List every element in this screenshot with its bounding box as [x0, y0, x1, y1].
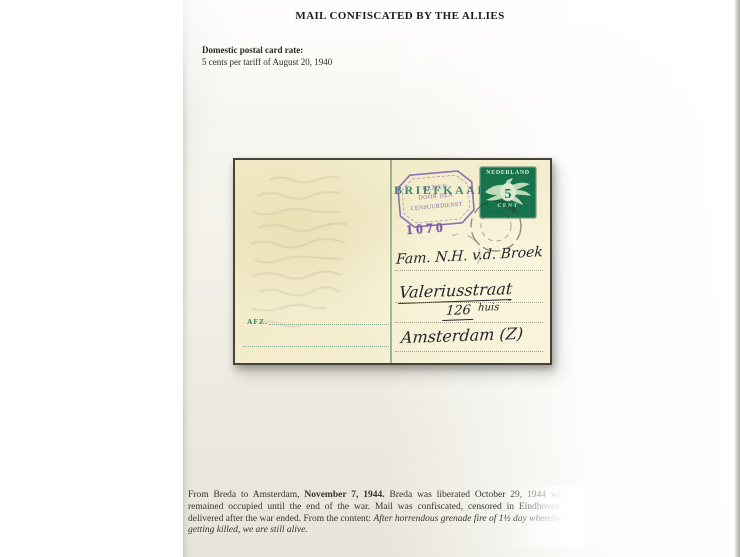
address-dotted-line: [395, 351, 543, 352]
caption-quote-italic: After horrendous grenade fire of 1½ day …: [373, 514, 572, 524]
caption-date-bold: November 7, 1944.: [304, 490, 384, 500]
address-housenumber: 126 huis: [442, 302, 499, 319]
caption-line-3: delivered after the war ended. From the …: [188, 514, 572, 526]
caption-text: delivered after the war ended. From the …: [188, 514, 373, 524]
caption-quote-italic: getting killed, we are still alive.: [188, 525, 308, 535]
postcard-mount: BRIEFKAART GEZIEN DOOR DEN CENSUURDIENST…: [233, 158, 552, 365]
sender-dotted-line: [269, 324, 389, 325]
censor-line1: GEZIEN: [422, 184, 447, 192]
exhibit-caption: From Breda to Amsterdam, November 7, 194…: [188, 490, 572, 537]
censor-number: 1070: [405, 221, 446, 240]
rate-note: Domestic postal card rate: 5 cents per t…: [202, 44, 332, 68]
address-street: Valeriusstraat: [398, 279, 513, 304]
afz-sender-label: AFZ.: [247, 317, 268, 326]
photo-edge-strip: [734, 0, 740, 557]
address-city: Amsterdam (Z): [400, 324, 523, 347]
address-dotted-line: [395, 270, 543, 271]
message-showthrough: [239, 166, 389, 358]
address-dotted-line: [395, 322, 543, 323]
sender-dotted-line: [243, 346, 389, 347]
rate-note-heading: Domestic postal card rate:: [202, 44, 332, 56]
caption-line-1: From Breda to Amsterdam, November 7, 194…: [188, 490, 572, 502]
exhibit-page-photo: MAIL CONFISCATED BY THE ALLIES Domestic …: [0, 0, 740, 557]
address-number: 126: [442, 303, 474, 321]
caption-text: Breda was liberated October 29, 1944 whi…: [385, 490, 572, 500]
address-suffix: huis: [478, 302, 500, 314]
postcard: BRIEFKAART GEZIEN DOOR DEN CENSUURDIENST…: [235, 160, 550, 363]
card-divider-line: [390, 160, 392, 363]
postmark-letters: DA: [503, 202, 518, 215]
rate-note-detail: 5 cents per tariff of August 20, 1940: [202, 56, 332, 68]
caption-line-4: getting killed, we are still alive.: [188, 525, 572, 537]
caption-text: From Breda to Amsterdam,: [188, 490, 304, 500]
address-dotted-line: [395, 302, 543, 303]
page-title: MAIL CONFISCATED BY THE ALLIES: [255, 10, 545, 22]
caption-line-2: remained occupied until the end of the w…: [188, 502, 572, 514]
